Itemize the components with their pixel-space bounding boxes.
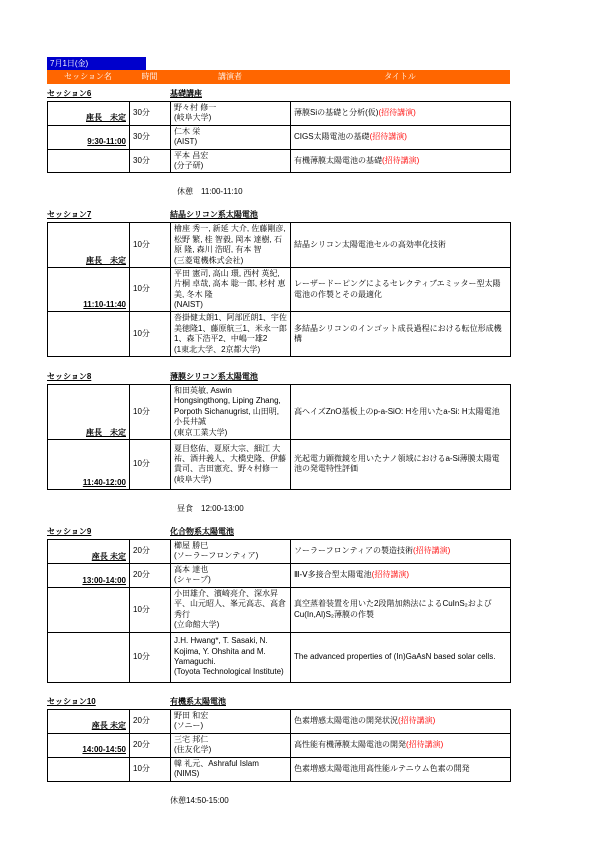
title-cell: 薄膜Siの基礎と分析(仮)(招待講演) xyxy=(291,102,511,126)
duration-cell: 30分 xyxy=(130,149,171,173)
speaker-names: 和田英敏, Aswin Hongsingthong, Liping Zhang,… xyxy=(174,386,281,426)
speaker-affiliation: (東京工業大学) xyxy=(174,428,287,438)
schedule-table: 座長 未定 30分 野々村 修一(岐阜大学) 薄膜Siの基礎と分析(仮)(招待講… xyxy=(47,101,511,173)
chair-time-cell: 14:00-14:50 xyxy=(48,733,130,757)
speaker-cell: 韓 礼元、Ashraful Islam(NIMS) xyxy=(171,757,291,781)
speaker-cell: 小田雄介、濱崎亮介、深水昇平、山元昭人、峯元高志、高倉秀行(立命館大学) xyxy=(171,587,291,632)
speaker-affiliation: (ソニー) xyxy=(174,721,287,731)
talk-title: 結晶シリコン太陽電池セルの高効率化技術 xyxy=(294,240,446,249)
speaker-names: 夏目悠佑、夏原大宗、細江 大祐、酒井義人、大橋史隆、伊藤貴司、吉田憲充、野々村修… xyxy=(174,444,286,474)
speaker-names: 平本 昌宏 xyxy=(174,151,208,160)
invited-label: (招待講演) xyxy=(382,156,419,165)
schedule-page: 7月1日(金) セッション名 時間 講演者 タイトル セッション6 基礎講座 座… xyxy=(47,57,510,818)
duration-cell: 10分 xyxy=(130,385,171,440)
talk-title: 真空蒸着装置を用いた2段階加熱法によるCuInS₂およびCu(In,Al)S₂薄… xyxy=(294,599,492,618)
speaker-names: 小田雄介、濱崎亮介、深水昇平、山元昭人、峯元高志、高倉秀行 xyxy=(174,589,286,619)
duration-cell: 10分 xyxy=(130,312,171,357)
duration-cell: 10分 xyxy=(130,587,171,632)
speaker-cell: 野田 和宏(ソニー) xyxy=(171,709,291,733)
session-name: セッション10 xyxy=(47,696,170,707)
speaker-affiliation: (1東北大学、2京都大学) xyxy=(174,345,287,355)
chair-time-cell: 11:40-12:00 xyxy=(48,439,130,489)
table-row: 13:00-14:00 20分 高本 達也(シャープ) Ⅲ-Ⅴ多接合型太陽電池(… xyxy=(48,563,511,587)
talk-title: 多結晶シリコンのインゴット成長過程における転位形成機構 xyxy=(294,324,502,343)
session-header: セッション7 結晶シリコン系太陽電池 xyxy=(47,209,510,220)
table-row: 座長 未定 20分 野田 和宏(ソニー) 色素増感太陽電池の開発状況(招待講演) xyxy=(48,709,511,733)
session-header: セッション8 薄膜シリコン系太陽電池 xyxy=(47,371,510,382)
talk-title: 色素増感太陽電池用高性能ルテニウム色素の開発 xyxy=(294,764,470,773)
time-range-label: 9:30-11:00 xyxy=(87,137,126,146)
session-block-6: セッション6 基礎講座 座長 未定 30分 野々村 修一(岐阜大学) 薄膜Siの… xyxy=(47,88,510,197)
speaker-names: 三宅 邦仁 xyxy=(174,735,208,744)
title-cell: レーザードーピングによるセレクティブエミッター型太陽電池の作製とその最適化 xyxy=(291,267,511,312)
talk-title: 有機薄膜太陽電池の基礎 xyxy=(294,156,382,165)
table-row: 座長 未定 10分 檜座 秀一, 新延 大介, 佐藤剛彦, 松野 繁, 桂 智毅… xyxy=(48,223,511,268)
chair-time-cell: 11:10-11:40 xyxy=(48,267,130,312)
schedule-table: 座長 未定 10分 檜座 秀一, 新延 大介, 佐藤剛彦, 松野 繁, 桂 智毅… xyxy=(47,222,511,357)
chair-time-cell: 座長 未定 xyxy=(48,385,130,440)
title-cell: ソーラーフロンティアの製造技術(招待講演) xyxy=(291,539,511,563)
speaker-affiliation: (岐阜大学) xyxy=(174,113,287,123)
duration-cell: 10分 xyxy=(130,632,171,682)
session-header: セッション9 化合物系太陽電池 xyxy=(47,526,510,537)
session-name: セッション6 xyxy=(47,88,170,99)
session-header: セッション6 基礎講座 xyxy=(47,88,510,99)
speaker-affiliation: (ソーラーフロンティア) xyxy=(174,551,287,561)
title-cell: 有機薄膜太陽電池の基礎(招待講演) xyxy=(291,149,511,173)
column-header-session: セッション名 xyxy=(47,70,129,84)
talk-title: CIGS太陽電池の基礎 xyxy=(294,132,370,141)
session-header: セッション10 有機系太陽電池 xyxy=(47,696,510,707)
speaker-cell: 夏目悠佑、夏原大宗、細江 大祐、酒井義人、大橋史隆、伊藤貴司、吉田憲充、野々村修… xyxy=(171,439,291,489)
session-category: 結晶シリコン系太陽電池 xyxy=(170,209,258,220)
speaker-affiliation: (三菱電機株式会社) xyxy=(174,256,287,266)
session-block-9: セッション9 化合物系太陽電池 座長 未定 20分 櫛屋 勝巳(ソーラーフロンテ… xyxy=(47,526,510,683)
duration-cell: 20分 xyxy=(130,539,171,563)
duration-cell: 20分 xyxy=(130,733,171,757)
speaker-cell: 高本 達也(シャープ) xyxy=(171,563,291,587)
invited-label: (招待講演) xyxy=(370,132,407,141)
column-header-row: セッション名 時間 講演者 タイトル xyxy=(47,70,510,84)
talk-title: Ⅲ-Ⅴ多接合型太陽電池 xyxy=(294,570,372,579)
speaker-cell: 櫛屋 勝巳(ソーラーフロンティア) xyxy=(171,539,291,563)
duration-cell: 30分 xyxy=(130,102,171,126)
speaker-cell: 和田英敏, Aswin Hongsingthong, Liping Zhang,… xyxy=(171,385,291,440)
duration-cell: 20分 xyxy=(130,563,171,587)
talk-title: 高ヘイズZnO基板上のp-a-SiO: Hを用いたa-Si: H太陽電池 xyxy=(294,407,500,416)
time-range-label: 11:40-12:00 xyxy=(83,478,126,487)
title-cell: 高性能有機薄膜太陽電池の開発(招待講演) xyxy=(291,733,511,757)
duration-cell: 30分 xyxy=(130,125,171,149)
table-row: 11:40-12:00 10分 夏目悠佑、夏原大宗、細江 大祐、酒井義人、大橋史… xyxy=(48,439,511,489)
duration-cell: 10分 xyxy=(130,757,171,781)
invited-label: (招待講演) xyxy=(406,740,443,749)
speaker-cell: 平本 昌宏(分子研) xyxy=(171,149,291,173)
session-block-7: セッション7 結晶シリコン系太陽電池 座長 未定 10分 檜座 秀一, 新延 大… xyxy=(47,209,510,357)
table-row: 10分 韓 礼元、Ashraful Islam(NIMS) 色素増感太陽電池用高… xyxy=(48,757,511,781)
talk-title: 色素増感太陽電池の開発状況 xyxy=(294,716,398,725)
chair-time-cell: 9:30-11:00 xyxy=(48,125,130,149)
title-cell: The advanced properties of (In)GaAsN bas… xyxy=(291,632,511,682)
chair-time-cell: 座長 未定 xyxy=(48,539,130,563)
speaker-names: 韓 礼元、Ashraful Islam xyxy=(174,759,259,768)
table-row: 座長 未定 30分 野々村 修一(岐阜大学) 薄膜Siの基礎と分析(仮)(招待講… xyxy=(48,102,511,126)
speaker-cell: 沓掛健太朗1、阿部匠朗1、宇佐美徳隆1、藤原航三1、米永一郎1、森下浩平2、中嶋… xyxy=(171,312,291,357)
session-block-8: セッション8 薄膜シリコン系太陽電池 座長 未定 10分 和田英敏, Aswin… xyxy=(47,371,510,514)
chair-time-cell xyxy=(48,632,130,682)
title-cell: Ⅲ-Ⅴ多接合型太陽電池(招待講演) xyxy=(291,563,511,587)
table-row: 30分 平本 昌宏(分子研) 有機薄膜太陽電池の基礎(招待講演) xyxy=(48,149,511,173)
speaker-affiliation: (立命館大学) xyxy=(174,620,287,630)
title-cell: 結晶シリコン太陽電池セルの高効率化技術 xyxy=(291,223,511,268)
title-cell: 色素増感太陽電池の開発状況(招待講演) xyxy=(291,709,511,733)
session-block-10: セッション10 有機系太陽電池 座長 未定 20分 野田 和宏(ソニー) 色素増… xyxy=(47,696,510,806)
speaker-names: 檜座 秀一, 新延 大介, 佐藤剛彦, 松野 繁, 桂 智毅, 岡本 達樹, 石… xyxy=(174,224,286,254)
chair-time-cell xyxy=(48,312,130,357)
table-row: 10分 沓掛健太朗1、阿部匠朗1、宇佐美徳隆1、藤原航三1、米永一郎1、森下浩平… xyxy=(48,312,511,357)
speaker-names: 平田 憲司, 高山 環, 西村 英紀, 片桐 卓哉, 高本 聡一郎, 杉村 恵美… xyxy=(174,269,286,299)
speaker-cell: 仁木 栄(AIST) xyxy=(171,125,291,149)
duration-cell: 10分 xyxy=(130,223,171,268)
break-note: 休憩14:50-15:00 xyxy=(170,795,510,806)
chair-time-cell: 座長 未定 xyxy=(48,102,130,126)
talk-title: 光起電力顕微鏡を用いたナノ領域におけるa-Si薄膜太陽電池の発電特性評価 xyxy=(294,454,500,473)
column-header-title: タイトル xyxy=(290,70,510,84)
speaker-affiliation: (分子研) xyxy=(174,161,287,171)
time-range-label: 13:00-14:00 xyxy=(82,576,126,585)
speaker-names: 高本 達也 xyxy=(174,565,208,574)
schedule-table: 座長 未定 10分 和田英敏, Aswin Hongsingthong, Lip… xyxy=(47,384,511,490)
speaker-cell: 平田 憲司, 高山 環, 西村 英紀, 片桐 卓哉, 高本 聡一郎, 杉村 恵美… xyxy=(171,267,291,312)
duration-cell: 10分 xyxy=(130,439,171,489)
speaker-affiliation: (NIMS) xyxy=(174,769,287,779)
time-range-label: 14:00-14:50 xyxy=(82,745,126,754)
speaker-names: J.H. Hwang*, T. Sasaki, N. Kojima, Y. Oh… xyxy=(174,636,268,666)
chair-time-cell xyxy=(48,149,130,173)
speaker-names: 野々村 修一 xyxy=(174,103,216,112)
talk-title: 高性能有機薄膜太陽電池の開発 xyxy=(294,740,406,749)
column-header-time: 時間 xyxy=(129,70,170,84)
invited-label: (招待講演) xyxy=(413,546,450,555)
talk-title: レーザードーピングによるセレクティブエミッター型太陽電池の作製とその最適化 xyxy=(294,279,500,298)
talk-title: ソーラーフロンティアの製造技術 xyxy=(294,546,413,555)
title-cell: 光起電力顕微鏡を用いたナノ領域におけるa-Si薄膜太陽電池の発電特性評価 xyxy=(291,439,511,489)
break-note: 休憩 11:00-11:10 xyxy=(177,186,510,197)
talk-title: 薄膜Siの基礎と分析(仮) xyxy=(294,108,378,117)
table-row: 10分 小田雄介、濱崎亮介、深水昇平、山元昭人、峯元高志、高倉秀行(立命館大学)… xyxy=(48,587,511,632)
speaker-affiliation: (NAIST) xyxy=(174,300,287,310)
duration-cell: 20分 xyxy=(130,709,171,733)
session-category: 薄膜シリコン系太陽電池 xyxy=(170,371,258,382)
speaker-cell: 三宅 邦仁(住友化学) xyxy=(171,733,291,757)
title-cell: 真空蒸着装置を用いた2段階加熱法によるCuInS₂およびCu(In,Al)S₂薄… xyxy=(291,587,511,632)
session-name: セッション9 xyxy=(47,526,170,537)
speaker-cell: 檜座 秀一, 新延 大介, 佐藤剛彦, 松野 繁, 桂 智毅, 岡本 達樹, 石… xyxy=(171,223,291,268)
table-row: 座長 未定 10分 和田英敏, Aswin Hongsingthong, Lip… xyxy=(48,385,511,440)
chair-time-cell xyxy=(48,587,130,632)
speaker-cell: J.H. Hwang*, T. Sasaki, N. Kojima, Y. Oh… xyxy=(171,632,291,682)
table-row: 14:00-14:50 20分 三宅 邦仁(住友化学) 高性能有機薄膜太陽電池の… xyxy=(48,733,511,757)
chair-time-cell: 座長 未定 xyxy=(48,223,130,268)
speaker-names: 沓掛健太朗1、阿部匠朗1、宇佐美徳隆1、藤原航三1、米永一郎1、森下浩平2、中嶋… xyxy=(174,313,287,343)
chair-label: 座長 未定 xyxy=(92,721,126,730)
column-header-speaker: 講演者 xyxy=(170,70,290,84)
chair-label: 座長 未定 xyxy=(86,428,126,437)
speaker-names: 櫛屋 勝巳 xyxy=(174,541,208,550)
session-category: 有機系太陽電池 xyxy=(170,696,226,707)
session-name: セッション8 xyxy=(47,371,170,382)
talk-title: The advanced properties of (In)GaAsN bas… xyxy=(294,652,495,661)
speaker-affiliation: (シャープ) xyxy=(174,575,287,585)
session-category: 基礎講座 xyxy=(170,88,202,99)
title-cell: 多結晶シリコンのインゴット成長過程における転位形成機構 xyxy=(291,312,511,357)
speaker-names: 野田 和宏 xyxy=(174,711,208,720)
invited-label: (招待講演) xyxy=(378,108,415,117)
chair-label: 座長 未定 xyxy=(86,256,126,265)
title-cell: CIGS太陽電池の基礎(招待講演) xyxy=(291,125,511,149)
date-label: 7月1日(金) xyxy=(47,57,146,70)
invited-label: (招待講演) xyxy=(372,570,409,579)
lunch-note: 昼食 12:00-13:00 xyxy=(177,503,510,514)
table-row: 座長 未定 20分 櫛屋 勝巳(ソーラーフロンティア) ソーラーフロンティアの製… xyxy=(48,539,511,563)
title-cell: 高ヘイズZnO基板上のp-a-SiO: Hを用いたa-Si: H太陽電池 xyxy=(291,385,511,440)
chair-time-cell: 13:00-14:00 xyxy=(48,563,130,587)
speaker-affiliation: (岐阜大学) xyxy=(174,475,287,485)
session-category: 化合物系太陽電池 xyxy=(170,526,234,537)
session-name: セッション7 xyxy=(47,209,170,220)
speaker-affiliation: (AIST) xyxy=(174,137,287,147)
schedule-table: 座長 未定 20分 野田 和宏(ソニー) 色素増感太陽電池の開発状況(招待講演)… xyxy=(47,709,511,782)
table-row: 9:30-11:00 30分 仁木 栄(AIST) CIGS太陽電池の基礎(招待… xyxy=(48,125,511,149)
duration-cell: 10分 xyxy=(130,267,171,312)
time-range-label: 11:10-11:40 xyxy=(83,300,126,309)
speaker-affiliation: (住友化学) xyxy=(174,745,287,755)
title-cell: 色素増感太陽電池用高性能ルテニウム色素の開発 xyxy=(291,757,511,781)
chair-time-cell xyxy=(48,757,130,781)
speaker-names: 仁木 栄 xyxy=(174,127,200,136)
chair-label: 座長 未定 xyxy=(86,113,126,122)
chair-time-cell: 座長 未定 xyxy=(48,709,130,733)
speaker-affiliation: (Toyota Technological Institute) xyxy=(174,667,287,677)
table-row: 11:10-11:40 10分 平田 憲司, 高山 環, 西村 英紀, 片桐 卓… xyxy=(48,267,511,312)
speaker-cell: 野々村 修一(岐阜大学) xyxy=(171,102,291,126)
schedule-table: 座長 未定 20分 櫛屋 勝巳(ソーラーフロンティア) ソーラーフロンティアの製… xyxy=(47,539,511,683)
invited-label: (招待講演) xyxy=(398,716,435,725)
table-row: 10分 J.H. Hwang*, T. Sasaki, N. Kojima, Y… xyxy=(48,632,511,682)
chair-label: 座長 未定 xyxy=(92,552,126,561)
